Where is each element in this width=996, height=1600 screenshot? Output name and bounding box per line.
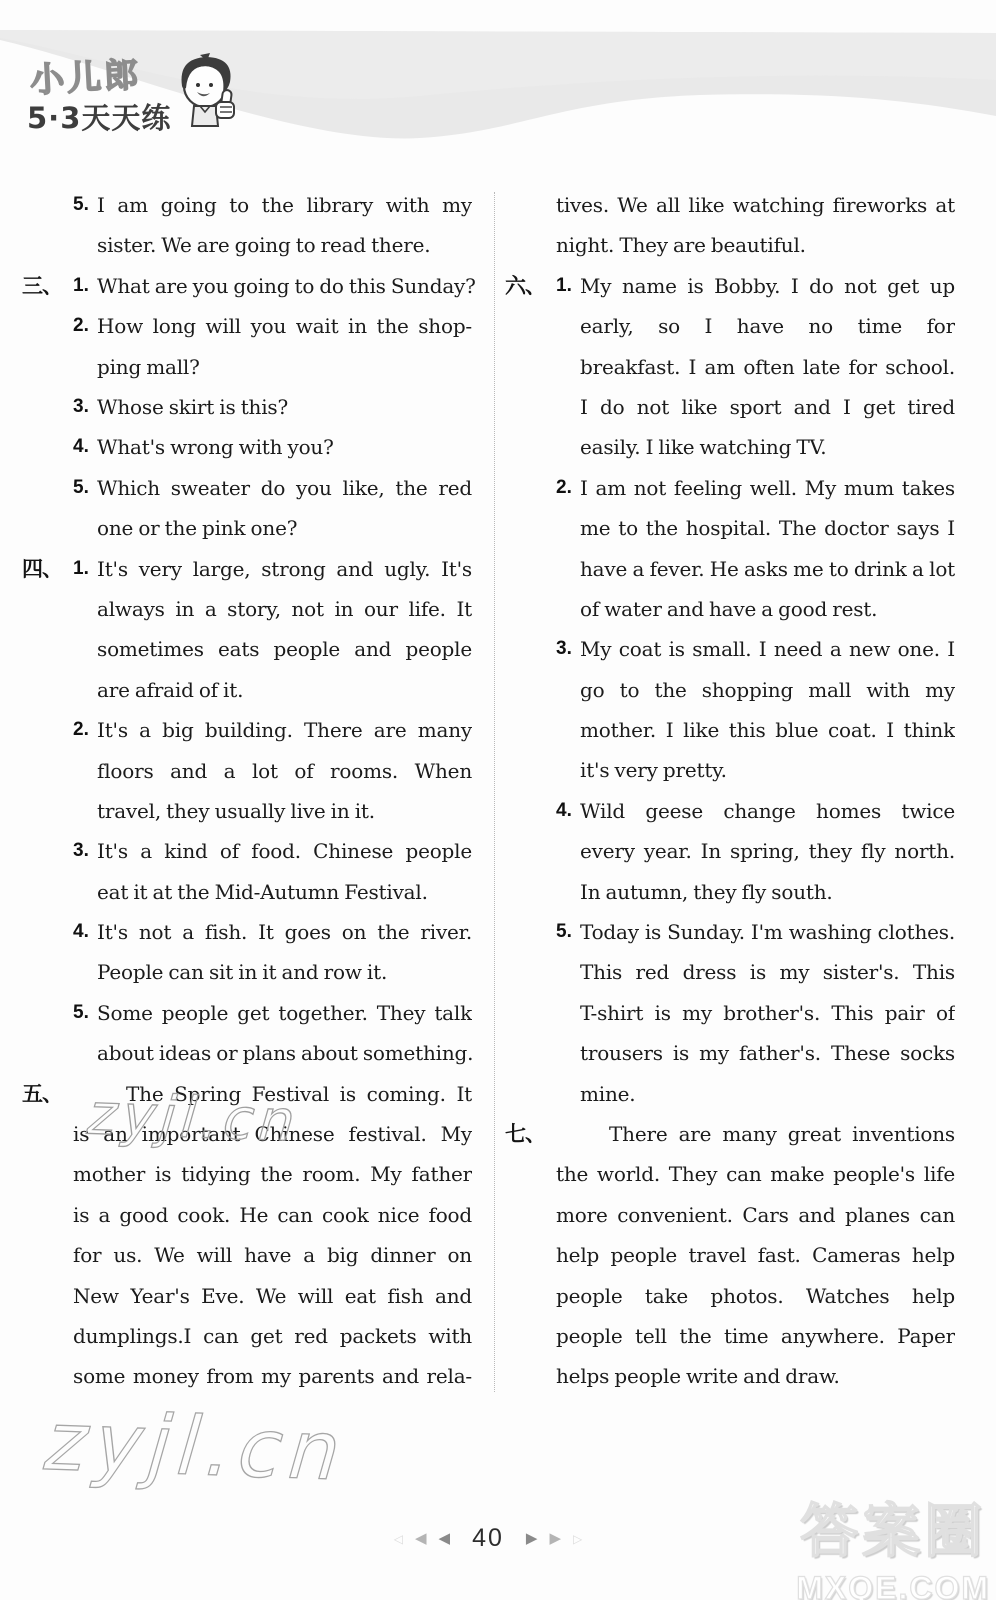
- page-next-far-icon: ▷: [573, 1533, 582, 1545]
- text-line: What are you going to do this Sunday?: [97, 266, 472, 306]
- item-lines: Which sweater do you like, the redone or…: [97, 468, 472, 549]
- item-lines: What's wrong with you?: [97, 427, 472, 467]
- answer-item: 2.I am not feeling well. My mum takesme …: [556, 468, 955, 630]
- text-line: I do not like sport and I get tired: [580, 387, 955, 427]
- item-number: 4.: [556, 791, 580, 912]
- item-number: 4.: [73, 427, 97, 467]
- item-number: 3.: [556, 629, 580, 791]
- text-line: more convenient. Cars and planes can: [556, 1195, 955, 1235]
- text-line: How long will you wait in the shop-: [97, 306, 472, 346]
- text-line: breakfast. I am often late for school.: [580, 347, 955, 387]
- text-line: mine.: [580, 1074, 955, 1114]
- item-number: 2.: [556, 468, 580, 630]
- item-lines: What are you going to do this Sunday?: [97, 266, 472, 306]
- text-line: help people travel fast. Cameras help: [556, 1235, 955, 1275]
- column-divider: [494, 192, 495, 1392]
- text-line: This red dress is my sister's. This: [580, 952, 955, 992]
- section-body: The Spring Festival is coming. Itis an i…: [73, 1074, 472, 1397]
- section-marker: [505, 185, 556, 266]
- item-lines: Today is Sunday. I'm washing clothes.Thi…: [580, 912, 955, 1114]
- text-line: every year. In spring, they fly north.: [580, 831, 955, 871]
- text-line: floors and a lot of rooms. When people: [97, 751, 472, 791]
- text-line: mother is tidying the room. My father: [73, 1154, 472, 1194]
- text-line: of water and have a good rest.: [580, 589, 955, 629]
- text-line: the world. They can make people's life: [556, 1154, 955, 1194]
- answer-item: 1.What are you going to do this Sunday?: [73, 266, 472, 306]
- mascot-boy-icon: [170, 52, 244, 140]
- item-number: 5.: [556, 912, 580, 1114]
- text-line: is a good cook. He can cook nice food: [73, 1195, 472, 1235]
- item-lines: My name is Bobby. I do not get upearly, …: [580, 266, 955, 468]
- section-body: There are many great inventions inthe wo…: [556, 1114, 955, 1397]
- section-marker: 三、: [22, 266, 73, 549]
- answer-item: 2.It's a big building. There are manyflo…: [73, 710, 472, 831]
- text-line: New Year's Eve. We will eat fish and: [73, 1276, 472, 1316]
- text-line: have a fever. He asks me to drink a lot: [580, 549, 955, 589]
- text-line: mother. I like this blue coat. I think: [580, 710, 955, 750]
- answer-item: 5.Which sweater do you like, the redone …: [73, 468, 472, 549]
- text-line: Which sweater do you like, the red: [97, 468, 472, 508]
- item-number: 1.: [556, 266, 580, 468]
- text-line: sister. We are going to read there.: [97, 225, 472, 265]
- answer-item: 2.How long will you wait in the shop-pin…: [73, 306, 472, 387]
- section-marker: 五、: [22, 1074, 73, 1397]
- text-line: it's very pretty.: [580, 750, 955, 790]
- answer-item: 3.Whose skirt is this?: [73, 387, 472, 427]
- text-line: Some people get together. They talk: [97, 993, 472, 1033]
- scanned-workbook-page: 小儿郎 5·3天天练 5.I am going to the library w…: [0, 0, 996, 1600]
- section-body: 1.It's very large, strong and ugly. It's…: [73, 549, 472, 1074]
- text-line: go to the shopping mall with my: [580, 670, 955, 710]
- item-lines: It's a big building. There are manyfloor…: [97, 710, 472, 831]
- answer-section: 三、1.What are you going to do this Sunday…: [22, 266, 472, 549]
- answer-column-right: tives. We all like watching fireworks at…: [505, 185, 955, 1397]
- header-band: [0, 0, 996, 170]
- text-line: easily. I like watching TV.: [580, 427, 955, 467]
- answer-item: 5.I am going to the library with mysiste…: [73, 185, 472, 266]
- answer-item: 4.It's not a fish. It goes on the river.…: [73, 912, 472, 993]
- answer-section: tives. We all like watching fireworks at…: [505, 185, 955, 266]
- text-line: early, so I have no time for: [580, 306, 955, 346]
- text-line: T-shirt is my brother's. This pair of: [580, 993, 955, 1033]
- page-prev-far-icon: ◁: [394, 1533, 403, 1545]
- answer-item: 3.It's a kind of food. Chinese peopleeat…: [73, 831, 472, 912]
- text-line: night. They are beautiful.: [556, 225, 955, 265]
- item-number: 5.: [73, 468, 97, 549]
- item-number: 1.: [73, 549, 97, 711]
- page-prev-icon: ◀: [439, 1531, 451, 1546]
- answer-section: 五、The Spring Festival is coming. Itis an…: [22, 1074, 472, 1397]
- text-line: My name is Bobby. I do not get up: [580, 266, 955, 306]
- answer-item: 4.What's wrong with you?: [73, 427, 472, 467]
- item-number: 5.: [73, 185, 97, 266]
- answer-section: 四、1.It's very large, strong and ugly. It…: [22, 549, 472, 1074]
- text-line: travel, they usually live in it.: [97, 791, 472, 831]
- stamp-site-url: MXQE.COM: [796, 1570, 990, 1600]
- item-number: 4.: [73, 912, 97, 993]
- page-next-mid-icon: ▶: [549, 1531, 561, 1546]
- item-lines: Some people get together. They talkabout…: [97, 993, 472, 1074]
- item-lines: Wild geese change homes twiceevery year.…: [580, 791, 955, 912]
- text-line: It's a kind of food. Chinese people: [97, 831, 472, 871]
- answer-item: 5.Some people get together. They talkabo…: [73, 993, 472, 1074]
- section-marker: 四、: [22, 549, 73, 1074]
- text-line: some money from my parents and rela-: [73, 1356, 472, 1396]
- page-next-icon: ▶: [526, 1531, 538, 1546]
- item-number: 3.: [73, 387, 97, 427]
- answer-section: 5.I am going to the library with mysiste…: [22, 185, 472, 266]
- item-number: 2.: [73, 710, 97, 831]
- item-lines: I am not feeling well. My mum takesme to…: [580, 468, 955, 630]
- answer-item: 3.My coat is small. I need a new one. Ig…: [556, 629, 955, 791]
- answer-section: 七、There are many great inventions inthe …: [505, 1114, 955, 1397]
- item-number: 2.: [73, 306, 97, 387]
- text-line: The Spring Festival is coming. It: [73, 1074, 472, 1114]
- answer-section: 六、1.My name is Bobby. I do not get upear…: [505, 266, 955, 1114]
- item-lines: I am going to the library with mysister.…: [97, 185, 472, 266]
- text-line: me to the hospital. The doctor says I: [580, 508, 955, 548]
- section-body: 5.I am going to the library with mysiste…: [73, 185, 472, 266]
- item-number: 3.: [73, 831, 97, 912]
- text-line: It's a big building. There are many: [97, 710, 472, 750]
- text-line: There are many great inventions in: [556, 1114, 955, 1154]
- page-prev-mid-icon: ◀: [415, 1531, 427, 1546]
- brand-series-title: 5·3天天练: [27, 96, 171, 137]
- text-line: Wild geese change homes twice: [580, 791, 955, 831]
- text-line: In autumn, they fly south.: [580, 872, 955, 912]
- section-marker: 七、: [505, 1114, 556, 1397]
- text-line: I am not feeling well. My mum takes: [580, 468, 955, 508]
- text-line: sometimes eats people and people: [97, 629, 472, 669]
- text-line: Whose skirt is this?: [97, 387, 472, 427]
- section-body: tives. We all like watching fireworks at…: [556, 185, 955, 266]
- answer-item: 1.It's very large, strong and ugly. It's…: [73, 549, 472, 711]
- section-body: 1.My name is Bobby. I do not get upearly…: [556, 266, 955, 1114]
- item-lines: Whose skirt is this?: [97, 387, 472, 427]
- watermark-zyjl-bottom: zyjl.cn: [34, 1395, 361, 1499]
- brand-logo-text: 小儿郎: [29, 47, 142, 102]
- item-lines: My coat is small. I need a new one. Igo …: [580, 629, 955, 791]
- item-lines: It's not a fish. It goes on the river.Pe…: [97, 912, 472, 993]
- item-number: 1.: [73, 266, 97, 306]
- section-marker: [22, 185, 73, 266]
- text-line: is an important Chinese festival. My: [73, 1114, 472, 1154]
- answer-item: 4.Wild geese change homes twiceevery yea…: [556, 791, 955, 912]
- text-line: I am going to the library with my: [97, 185, 472, 225]
- text-line: are afraid of it.: [97, 670, 472, 710]
- text-line: Today is Sunday. I'm washing clothes.: [580, 912, 955, 952]
- text-line: for us. We will have a big dinner on: [73, 1235, 472, 1275]
- text-line: about ideas or plans about something.: [97, 1033, 472, 1073]
- text-line: What's wrong with you?: [97, 427, 472, 467]
- item-lines: It's a kind of food. Chinese peopleeat i…: [97, 831, 472, 912]
- text-line: ping mall?: [97, 347, 472, 387]
- text-line: trousers is my father's. These socks are: [580, 1033, 955, 1073]
- text-line: My coat is small. I need a new one. I: [580, 629, 955, 669]
- text-line: helps people write and draw.: [556, 1356, 955, 1396]
- page-number-row: ◁ ◀ ◀ 40 ▶ ▶ ▷: [0, 1524, 976, 1553]
- text-line: eat it at the Mid-Autumn Festival.: [97, 872, 472, 912]
- text-line: It's very large, strong and ugly. It's: [97, 549, 472, 589]
- section-body: 1.What are you going to do this Sunday?2…: [73, 266, 472, 549]
- text-line: people tell the time anywhere. Paper: [556, 1316, 955, 1356]
- item-lines: It's very large, strong and ugly. It'sal…: [97, 549, 472, 711]
- text-line: always in a story, not in our life. It: [97, 589, 472, 629]
- answer-item: 1.My name is Bobby. I do not get upearly…: [556, 266, 955, 468]
- text-line: tives. We all like watching fireworks at: [556, 185, 955, 225]
- item-lines: How long will you wait in the shop-ping …: [97, 306, 472, 387]
- text-line: one or the pink one?: [97, 508, 472, 548]
- text-line: dumplings.I can get red packets with: [73, 1316, 472, 1356]
- text-line: People can sit in it and row it.: [97, 952, 472, 992]
- answer-item: 5.Today is Sunday. I'm washing clothes.T…: [556, 912, 955, 1114]
- text-line: It's not a fish. It goes on the river.: [97, 912, 472, 952]
- item-number: 5.: [73, 993, 97, 1074]
- answer-column-left: 5.I am going to the library with mysiste…: [22, 185, 472, 1397]
- text-line: people take photos. Watches help: [556, 1276, 955, 1316]
- section-marker: 六、: [505, 266, 556, 1114]
- page-number: 40: [462, 1524, 514, 1553]
